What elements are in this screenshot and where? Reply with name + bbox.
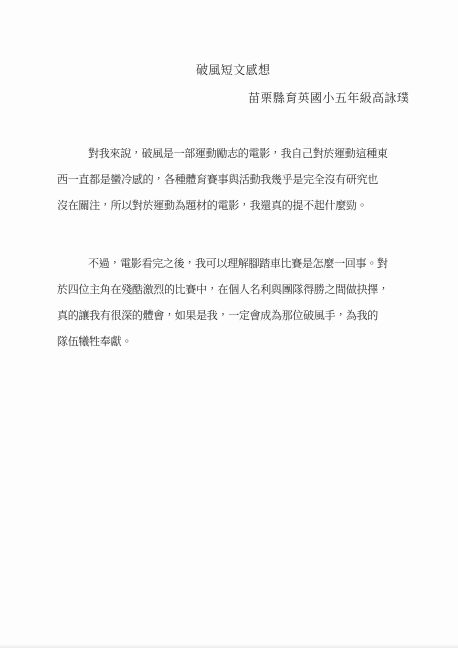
- paragraph-1-line-1: 對我來說，破風是一部運動勵志的電影，我自己對於運動這種東: [88, 147, 388, 160]
- paragraph-1-line-2: 西一直都是蠻冷感的，各種體育賽事與活動我幾乎是完全沒有研究也: [57, 173, 378, 186]
- paragraph-2-line-3: 真的讓我有很深的體會，如果是我，一定會成為那位破風手，為我的: [57, 309, 378, 322]
- document-title: 破風短文感想: [196, 63, 270, 77]
- document-page: 破風短文感想 苗栗縣育英國小五年級高詠璞 對我來說，破風是一部運動勵志的電影，我…: [0, 0, 458, 648]
- page-bottom-scan-shadow: [0, 644, 458, 648]
- document-byline: 苗栗縣育英國小五年級高詠璞: [248, 91, 409, 105]
- paragraph-1-line-3: 沒在關注，所以對於運動為題材的電影，我還真的提不起什麼勁。: [57, 199, 367, 212]
- paragraph-2-line-1: 不過，電影看完之後，我可以理解腳踏車比賽是怎麼一回事。對: [88, 257, 388, 270]
- paragraph-2-line-2: 於四位主角在殘酷激烈的比賽中，在個人名利與團隊得勝之間做抉擇，: [57, 283, 389, 296]
- paragraph-2-line-4: 隊伍犧牲奉獻。: [57, 335, 132, 348]
